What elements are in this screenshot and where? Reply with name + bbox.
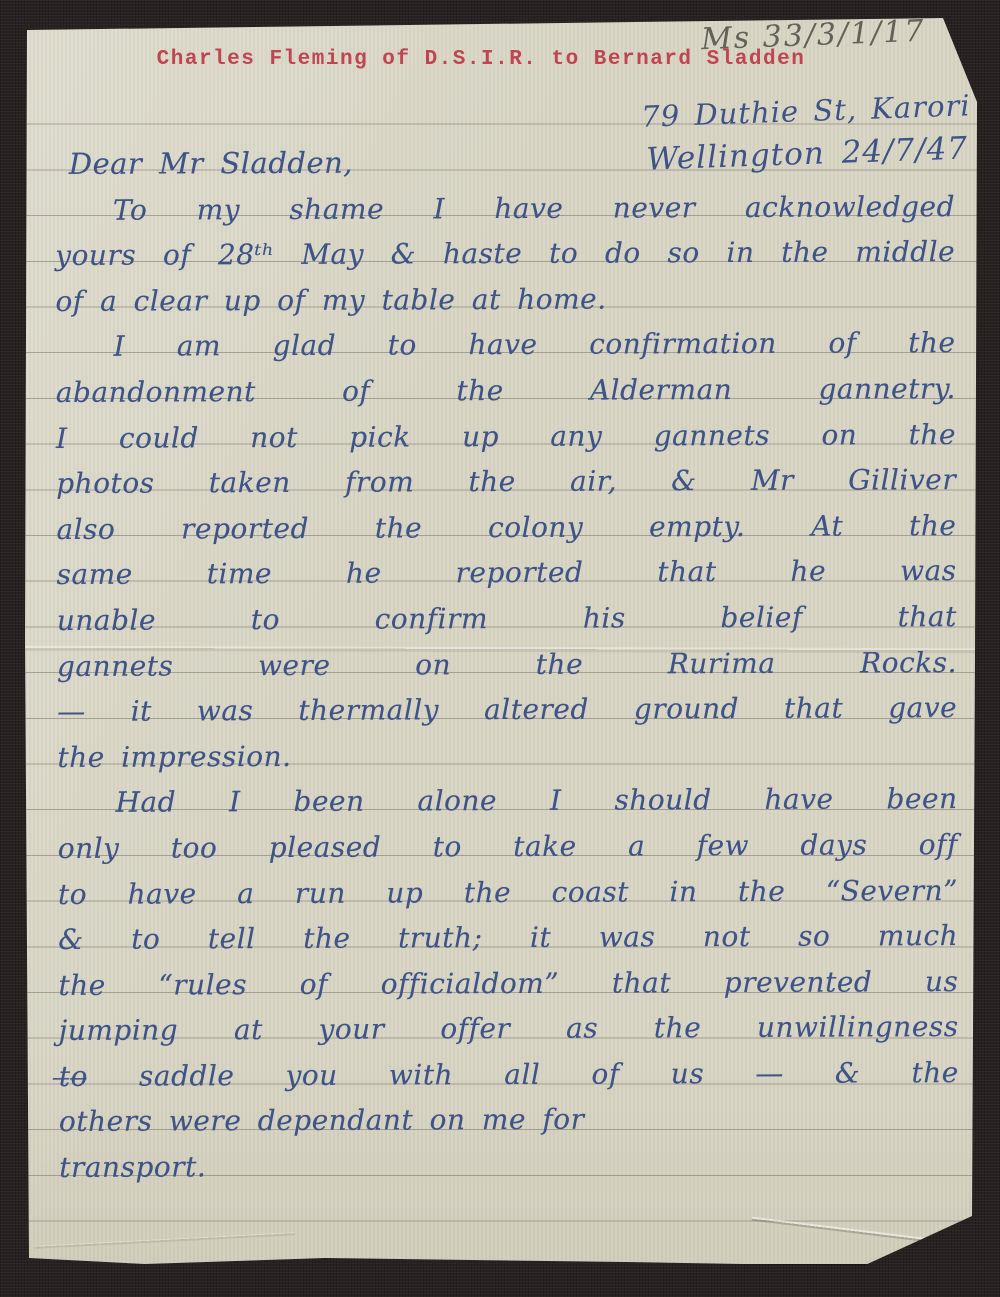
letter-line: t̶o̶ saddle you with all of us — & the — [59, 1050, 959, 1100]
letter-line: — it was thermally altered ground that g… — [57, 685, 957, 735]
letter-line: & to tell the truth; it was not so much — [58, 913, 958, 963]
paper-crease — [35, 1232, 295, 1249]
paper-crease — [752, 1217, 971, 1248]
letter-line: I am glad to have confirmation of the — [56, 320, 956, 370]
letter-line: unable to confirm his belief that — [57, 594, 957, 644]
letter-line: Had I been alone I should have been — [58, 776, 958, 826]
letter-body: Dear Mr Sladden, To my shame I have neve… — [55, 138, 960, 1191]
letter-line: abandonment of the Alderman gannetry. — [56, 366, 956, 416]
letter-line: the impression. — [57, 731, 957, 781]
letter-line: only too pleased to take a few days off — [58, 822, 958, 872]
letter-lines: To my shame I have never acknowledgedyou… — [55, 184, 959, 1191]
letter-line: also reported the colony empty. At the — [56, 503, 956, 553]
letter-line: gannets were on the Rurima Rocks. — [57, 640, 957, 690]
letter-line: of a clear up of my table at home. — [55, 275, 955, 325]
letter-page: Ms 33/3/1/17 Charles Fleming of D.S.I.R.… — [25, 18, 977, 1264]
letter-line: same time he reported that he was — [57, 548, 957, 598]
letter-line: photos taken from the air, & Mr Gilliver — [56, 457, 956, 507]
letter-line: I could not pick up any gannets on the — [56, 412, 956, 462]
letter-line: yours of 28ᵗʰ May & haste to do so in th… — [55, 229, 955, 279]
letter-line: transport. — [59, 1141, 959, 1191]
letter-line: the “rules of officialdom” that prevente… — [58, 959, 958, 1009]
letter-line: to have a run up the coast in the “Sever… — [58, 868, 958, 918]
letter-line: jumping at your offer as the unwillingne… — [58, 1004, 958, 1054]
typed-caption: Charles Fleming of D.S.I.R. to Bernard S… — [25, 48, 937, 71]
letter-line: others were dependant on me for — [59, 1096, 959, 1146]
salutation: Dear Mr Sladden, — [55, 138, 955, 188]
letter-line: To my shame I have never acknowledged — [55, 184, 955, 234]
